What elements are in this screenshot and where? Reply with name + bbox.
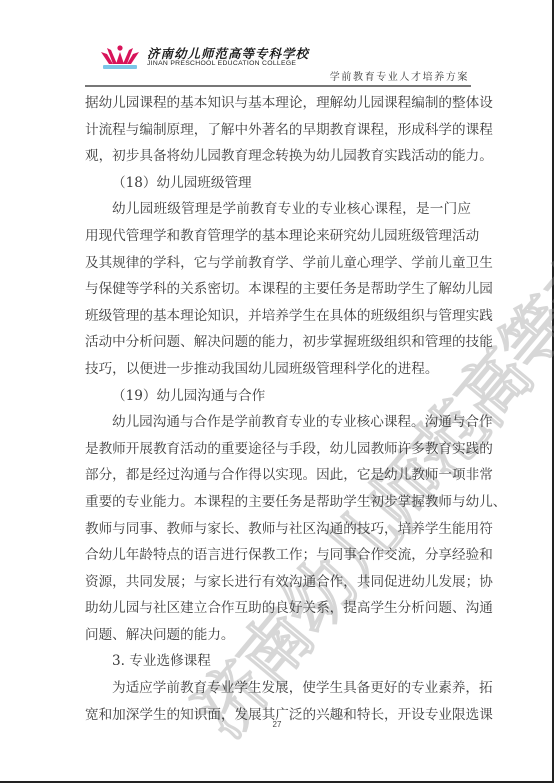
section-heading: （18）幼儿园班级管理 — [85, 170, 471, 197]
text-line: 是教师开展教育活动的重要途径与手段，幼儿园教师许多教育实践的 — [85, 436, 471, 463]
text-line: 资源，共同发展；与家长进行有效沟通合作，共同促进幼儿发展；协 — [85, 569, 471, 596]
header-divider — [85, 85, 471, 87]
text-line: 技巧，以便进一步推动我国幼儿园班级管理科学化的进程。 — [85, 356, 471, 383]
text-line: 问题、解决问题的能力。 — [85, 622, 471, 649]
text-line: 与保健等学科的关系密切。本课程的主要任务是帮助学生了解幼儿园 — [85, 276, 471, 303]
text-line: 合幼儿年龄特点的语言进行保教工作；与同事合作交流，分享经验和 — [85, 542, 471, 569]
text-line: 观，初步具备将幼儿园教育理念转换为幼儿园教育实践活动的能力。 — [85, 143, 471, 170]
document-body: 据幼儿园课程的基本知识与基本理论，理解幼儿园课程编制的整体设 计流程与编制原理，… — [85, 90, 471, 728]
text-line: 重要的专业能力。本课程的主要任务是帮助学生初步掌握教师与幼儿、 — [85, 489, 471, 516]
lotus-logo-icon — [99, 42, 141, 72]
text-line: 幼儿园沟通与合作是学前教育专业的专业核心课程。沟通与合作 — [85, 409, 471, 436]
page-header: 济南幼儿师范高等专科学校 JINAN PRESCHOOL EDUCATION C… — [85, 40, 471, 84]
text-line: 计流程与编制原理，了解中外著名的早期教育课程，形成科学的课程 — [85, 117, 471, 144]
text-line: 为适应学前教育专业学生发展，使学生具备更好的专业素养，拓 — [85, 675, 471, 702]
document-title: 学前教育专业人才培养方案 — [330, 68, 469, 83]
text-line: 班级管理的基本理论知识，并培养学生在具体的班级组织与管理实践 — [85, 303, 471, 330]
text-line: 部分，都是经过沟通与合作得以实现。因此，它是幼儿教师一项非常 — [85, 462, 471, 489]
text-line: 助幼儿园与社区建立合作互助的良好关系，提高学生分析问题、沟通 — [85, 595, 471, 622]
section-heading: （19）幼儿园沟通与合作 — [85, 383, 471, 410]
text-line: 幼儿园班级管理是学前教育专业的专业核心课程，是一门应 — [85, 196, 471, 223]
section-heading: 3. 专业选修课程 — [85, 648, 471, 675]
text-line: 教师与同事、教师与家长、教师与社区沟通的技巧，培养学生能用符 — [85, 516, 471, 543]
document-page: 济南幼儿师范高等专科学校 JINAN PRESCHOOL EDUCATION C… — [0, 0, 554, 783]
text-line: 及其规律的学科，它与学前教育学、学前儿童心理学、学前儿童卫生 — [85, 250, 471, 277]
page-number: 27 — [0, 720, 554, 729]
text-line: 据幼儿园课程的基本知识与基本理论，理解幼儿园课程编制的整体设 — [85, 90, 471, 117]
text-line: 活动中分析问题、解决问题的能力，初步掌握班级组织和管理的技能 — [85, 329, 471, 356]
school-name-en: JINAN PRESCHOOL EDUCATION COLLEGE — [147, 60, 296, 67]
text-line: 用现代管理学和教育管理学的基本理论来研究幼儿园班级管理活动 — [85, 223, 471, 250]
